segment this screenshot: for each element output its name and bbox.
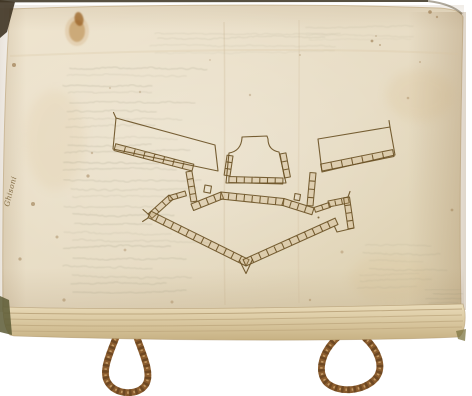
paper-crease: [298, 20, 299, 303]
binding-cord-left: [105, 335, 148, 393]
foxing-patch: [386, 69, 454, 121]
paper-speck: [62, 298, 65, 301]
paper-speck: [249, 94, 251, 96]
paper-speck: [31, 202, 35, 206]
plan-ink-dot: [318, 217, 320, 219]
paper-speck: [379, 44, 381, 46]
paper-speck: [309, 299, 311, 301]
paper-speck: [109, 87, 111, 89]
photo-of-manuscript: Ghisoni: [0, 0, 472, 396]
paper-speck: [209, 59, 211, 61]
cord-loop: [105, 335, 148, 393]
foxing-patch: [25, 90, 85, 190]
paper-speck: [56, 236, 59, 239]
paper-speck: [428, 10, 432, 14]
paper-speck: [419, 61, 421, 63]
paper-speck: [12, 63, 16, 67]
bleedthrough-line: [433, 293, 463, 294]
paper-speck: [299, 54, 301, 56]
paper-speck: [436, 16, 438, 18]
paper-speck: [171, 301, 174, 304]
manuscript-book-photo: Ghisoni: [0, 0, 472, 396]
paper-speck: [124, 249, 127, 252]
paper-crease: [224, 22, 225, 305]
paper-speck: [86, 174, 89, 177]
paper-speck: [341, 251, 344, 254]
paper-speck: [407, 97, 410, 100]
paper-speck: [18, 257, 21, 260]
binding-cord-right: [321, 337, 379, 390]
binding-edge-right: [456, 329, 466, 341]
bleedthrough-line: [425, 289, 461, 290]
paper-speck: [451, 209, 454, 212]
